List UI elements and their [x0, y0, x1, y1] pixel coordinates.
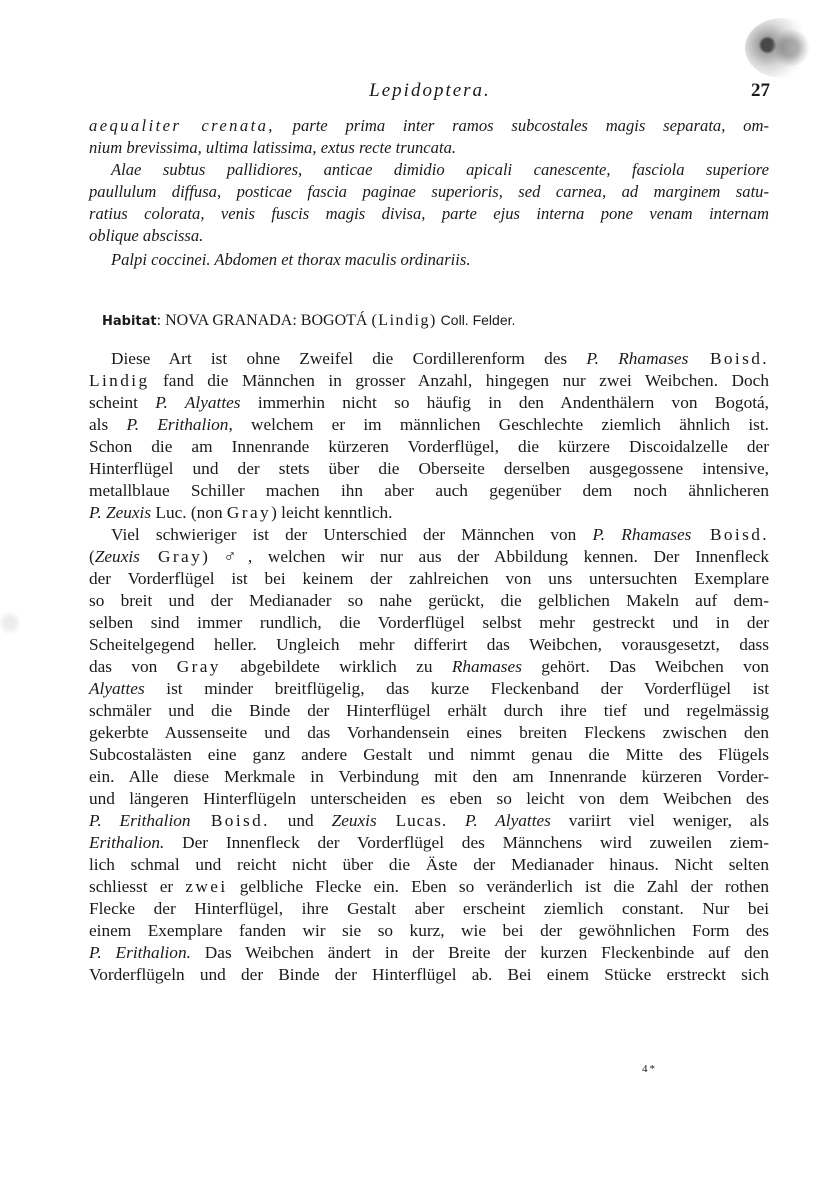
text-line: einem Exemplare fanden wir sie so kurz, … [89, 920, 769, 942]
text-line: Vorderflügeln und der Binde der Hinterfl… [89, 964, 769, 986]
text-line: Diese Art ist ohne Zweifel die Cordiller… [89, 348, 769, 370]
text-line: ein. Alle diese Merkmale in Verbindung m… [89, 766, 769, 788]
text-line: und längeren Hinterflügeln unterscheiden… [89, 788, 769, 810]
latin-line: Palpi coccinei. Abdomen et thorax maculi… [89, 249, 769, 271]
margin-stain [0, 610, 20, 636]
text-line: P. Zeuxis Luc. (non Gray) leicht kenntli… [89, 502, 769, 524]
text-line: Erithalion. Der Innenfleck der Vorderflü… [89, 832, 769, 854]
habitat-collection: Coll. Felder. [437, 312, 516, 328]
habitat-collector: (Lindig) [371, 312, 436, 329]
text-line: P. Erithalion. Das Weibchen ändert in de… [89, 942, 769, 964]
text-line: schliesst er zwei gelbliche Flecke ein. … [89, 876, 769, 898]
page-header: Lepidoptera. 27 [90, 80, 770, 106]
latin-line: paullulum diffusa, posticae fascia pagin… [89, 181, 769, 203]
page-stain-secondary [770, 30, 810, 66]
text-line: metallblaue Schiller machen ihn aber auc… [89, 480, 769, 502]
text-line: als P. Erithalion, welchem er im männlic… [89, 414, 769, 436]
text-line: Subcostalästen eine ganz andere Gestalt … [89, 744, 769, 766]
latin-line: aequaliter crenata, parte prima inter ra… [89, 115, 769, 137]
text-line: scheint P. Alyattes immerhin nicht so hä… [89, 392, 769, 414]
page-number: 27 [751, 80, 770, 102]
signature-mark: 4* [642, 1063, 657, 1075]
latin-description: aequaliter crenata, parte prima inter ra… [89, 115, 769, 271]
text-line: P. Erithalion Boisd. und Zeuxis Lucas. P… [89, 810, 769, 832]
text-line: selben sind immer rundlich, die Vorderfl… [89, 612, 769, 634]
habitat-line: Habitat: NOVA GRANADA: BOGOTÁ (Lindig) C… [102, 312, 515, 330]
habitat-location: NOVA GRANADA: BOGOTÁ [165, 312, 371, 329]
text-line: lich schmal und reicht nicht über die Äs… [89, 854, 769, 876]
latin-line: Alae subtus pallidiores, anticae dimidio… [89, 159, 769, 181]
latin-line: oblique abscissa. [89, 225, 769, 247]
text-line: Scheitelgegend heller. Ungleich mehr dif… [89, 634, 769, 656]
text-line: das von Gray abgebildete wirklich zu Rha… [89, 656, 769, 678]
text-line: Flecke der Hinterflügel, ihre Gestalt ab… [89, 898, 769, 920]
text-line: Hinterflügel und der stets über die Ober… [89, 458, 769, 480]
text-line: so breit und der Medianader so nahe gerü… [89, 590, 769, 612]
text-line: der Vorderflügel ist bei keinem der zahl… [89, 568, 769, 590]
latin-line: ratius colorata, venis fuscis magis divi… [89, 203, 769, 225]
text-line: gekerbte Aussenseite und das Vorhandense… [89, 722, 769, 744]
text-line: schmäler und die Binde der Hinterflügel … [89, 700, 769, 722]
text-line: Viel schwieriger ist der Unterschied der… [89, 524, 769, 546]
german-text: Diese Art ist ohne Zweifel die Cordiller… [89, 348, 769, 986]
text-line: Lindig fand die Männchen in grosser Anza… [89, 370, 769, 392]
text-line: Schon die am Innenrande kürzeren Vorderf… [89, 436, 769, 458]
text-line: (Zeuxis Gray) ♂, welchen wir nur aus der… [89, 546, 769, 568]
habitat-label: Habitat [102, 314, 157, 329]
running-title: Lepidoptera. [90, 80, 770, 102]
latin-line: nium brevissima, ultima latissima, extus… [89, 137, 769, 159]
text-line: Alyattes ist minder breitflügelig, das k… [89, 678, 769, 700]
